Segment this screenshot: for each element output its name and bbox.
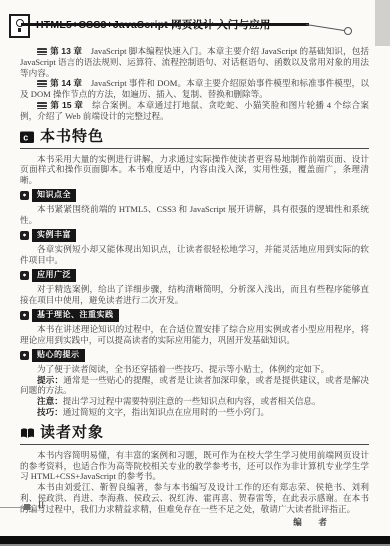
- author-signature: 编 者: [20, 517, 369, 528]
- audience-paragraph: 本书内容简明易懂，有丰富的案例和习题，既可作为在校大学生学习使用前端网页设计的参…: [20, 450, 369, 482]
- convention-item: 提示：通常是一些贴心的提醒，或者是让读者加深印象，或者是提供建议，或者是解决问题…: [20, 375, 369, 397]
- tip-square-icon: [20, 231, 29, 240]
- bulb-base-glyph: [18, 28, 21, 32]
- page-content: 第 13 章 JavaScript 脚本编程快速入门。本章主要介绍 JavaSc…: [20, 46, 369, 527]
- convention-item: 技巧：通过简短的文字，指出知识点在应用时的一些小窍门。: [20, 407, 369, 418]
- feature-badge: 实例丰富: [32, 229, 76, 242]
- chapter-number: 第 13 章: [50, 46, 82, 56]
- section-heading-audience: 读者对象: [20, 427, 369, 445]
- scan-black-bar: [0, 536, 390, 544]
- header-rule: [21, 23, 309, 26]
- features-intro: 本书采用大量的实例进行讲解，力求通过实际操作使读者更容易地制作前端页面、设计页面…: [20, 154, 369, 186]
- feature-badge-row: 基于理论、注重实践: [20, 309, 369, 322]
- feature-badge-row: 知识点全: [20, 189, 369, 202]
- window-bulb-icon: [9, 14, 30, 38]
- convention-term: 注意：: [37, 396, 63, 406]
- chapter-summary: 第 13 章 JavaScript 脚本编程快速入门。本章主要介绍 JavaSc…: [20, 46, 369, 78]
- screen-c-icon: c: [20, 131, 35, 144]
- tip-square-icon: [20, 271, 29, 280]
- book-page: HTML5+CSS3+JavaScript 网页设计 入门与应用 第 13 章 …: [0, 0, 390, 546]
- svg-text:c: c: [23, 132, 28, 142]
- tip-square-icon: [20, 311, 29, 320]
- convention-text: 通过简短的文字，指出知识点在应用时的一些小窍门。: [63, 407, 269, 417]
- convention-term: 技巧：: [37, 407, 63, 417]
- scan-edge-artifact: [375, 0, 390, 46]
- feature-badge: 贴心的提示: [32, 349, 85, 362]
- feature-text: 本书紧紧围绕前端的 HTML5、CSS3 和 JavaScript 展开讲解，具…: [20, 204, 369, 226]
- tip-square-icon: [20, 191, 29, 200]
- chapter-number: 第 15 章: [50, 100, 83, 110]
- footer-square-ornament: [24, 504, 30, 510]
- feature-badge: 基于理论、注重实践: [32, 309, 119, 322]
- section-title: 本书特色: [40, 132, 104, 143]
- feature-badge-row: 实例丰富: [20, 229, 369, 242]
- page-footer: II: [0, 501, 120, 513]
- convention-text: 提出学习过程中需要特别注意的一些知识点和内容，或者相关信息。: [63, 396, 321, 406]
- page-number: II: [38, 501, 44, 511]
- section-title: 读者对象: [40, 428, 104, 439]
- section-heading-features: c 本书特色: [20, 131, 369, 149]
- feature-text: 对于精选案例，给出了详细步骤，结构清晰简明，分析深入浅出，而且有些程序能够直接在…: [20, 284, 369, 306]
- open-book-icon: [20, 427, 35, 440]
- chapter-marker-icon: [37, 80, 47, 87]
- convention-text: 通常是一些贴心的提醒，或者是让读者加深印象，或者是提供建议，或者是解决问题的方法…: [20, 375, 369, 396]
- convention-term: 提示：: [37, 375, 63, 385]
- feature-text: 本书在讲述理论知识的过程中，在合适位置安排了综合应用实例或者小型应用程序，将理论…: [20, 324, 369, 346]
- feature-text: 为了便于读者阅读，全书还穿插着一些技巧、提示等小贴士，体例约定如下。: [20, 364, 369, 375]
- convention-item: 注意：提出学习过程中需要特别注意的一些知识点和内容，或者相关信息。: [20, 396, 369, 407]
- feature-badge: 知识点全: [32, 189, 76, 202]
- chapter-marker-icon: [37, 102, 47, 109]
- feature-badge-row: 贴心的提示: [20, 349, 369, 362]
- tip-square-icon: [20, 351, 29, 360]
- feature-badge: 应用广泛: [32, 269, 76, 282]
- feature-badge-row: 应用广泛: [20, 269, 369, 282]
- chapter-summary: 第 15 章 综合案例。本章通过打地鼠、贪吃蛇、小猫笑脸和图片轮播 4 个综合案…: [20, 100, 369, 122]
- header-ring-ornament: [344, 27, 352, 35]
- chapter-marker-icon: [37, 48, 47, 55]
- chapter-summary: 第 14 章 JavaScript 事件和 DOM。本章主要介绍原始事件模型和标…: [20, 78, 369, 100]
- feature-text: 各章实例短小却又能体现出知识点，让读者很轻松地学习，并能灵活地应用到实际的软件项…: [20, 244, 369, 266]
- chapter-number: 第 14 章: [50, 78, 82, 88]
- footer-rule: [0, 507, 26, 508]
